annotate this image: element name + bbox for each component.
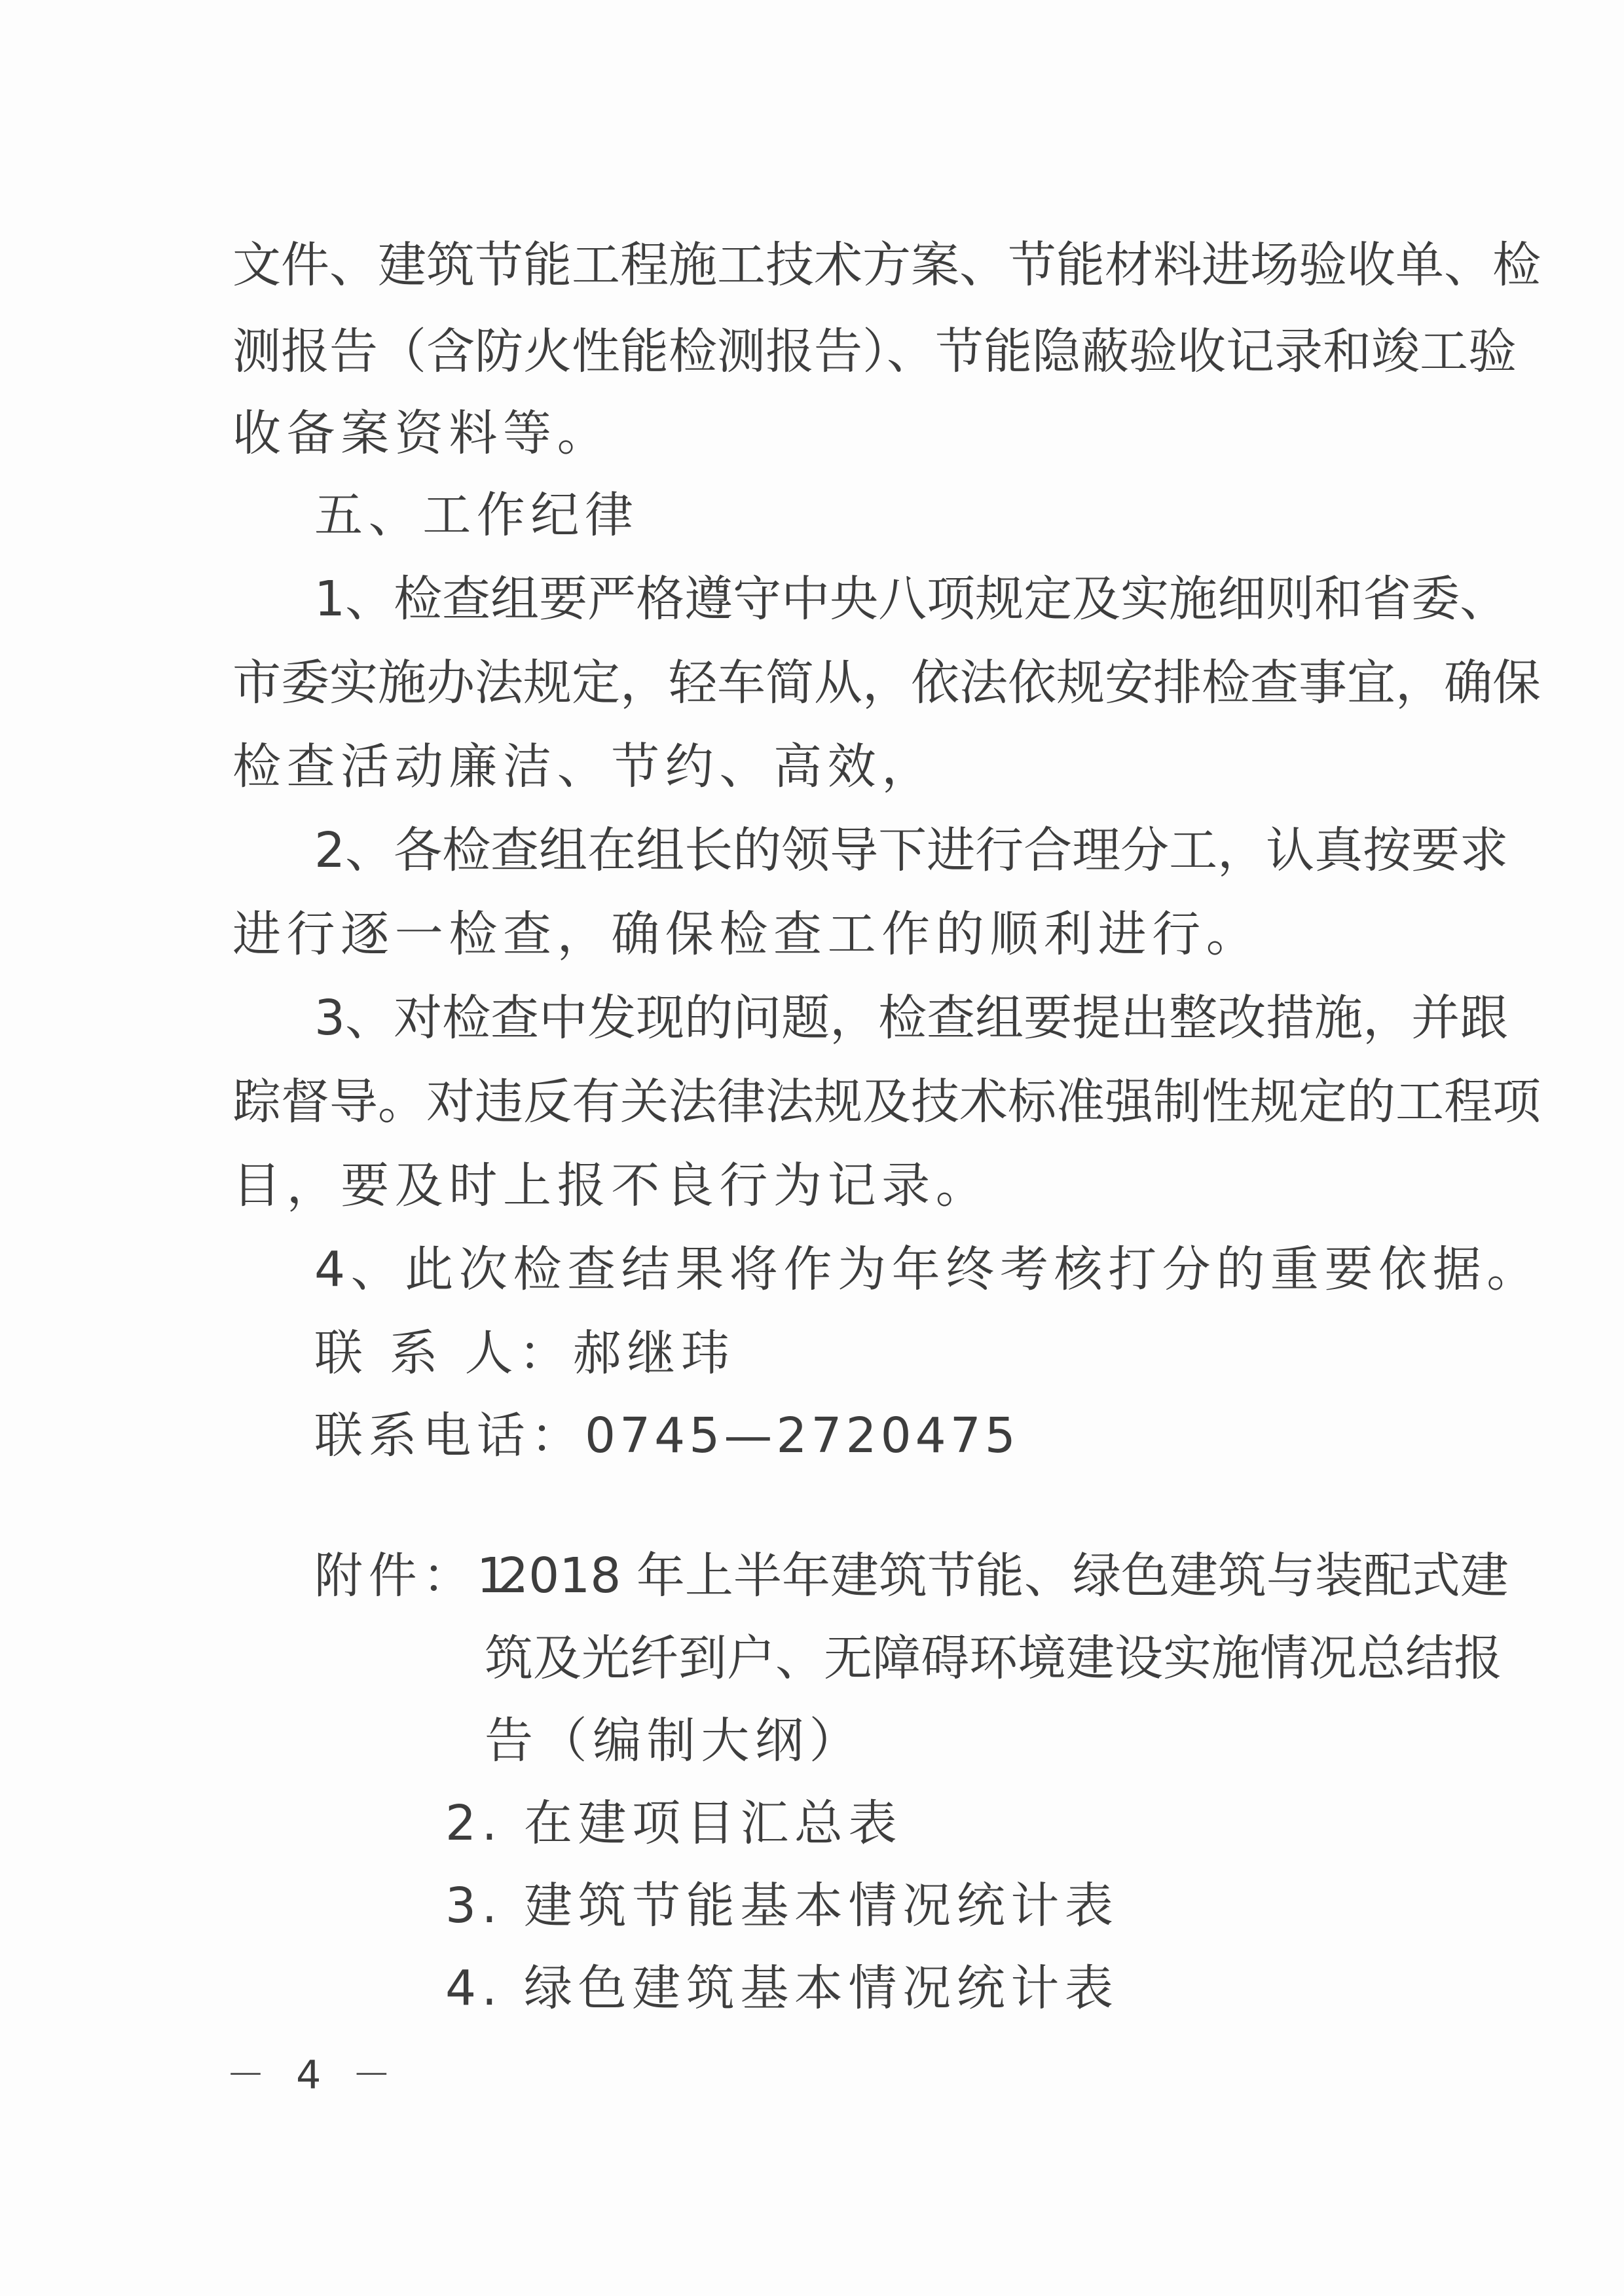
attachment-title: 绿色建筑基本情况统计表 (524, 1960, 1119, 2016)
paragraph-line: 收备案资料等。 (232, 404, 611, 463)
attachment-title: 在建项目汇总表 (524, 1795, 902, 1851)
contact-person-name: 郝继玮 (573, 1325, 735, 1381)
contact-person-label: 联 系 人： (314, 1325, 573, 1381)
list-item-3-line: 目，要及时上报不良行为记录。 (232, 1156, 989, 1215)
contact-person: 联 系 人：郝继玮 (314, 1324, 735, 1383)
list-item-4: 4、此次检查结果将作为年终考核打分的重要依据。 (314, 1240, 1541, 1299)
attachments-label: 附件： (314, 1548, 477, 1604)
attachment-item-1-line: 告（编制大纲） (485, 1711, 863, 1770)
attachment-item-1-line: 筑及光纤到户、无障碍环境建设实施情况总结报 (485, 1629, 1370, 1688)
paragraph-line: 文件、建筑节能工程施工技术方案、节能材料进场验收单、检 (232, 236, 1372, 295)
document-page: 文件、建筑节能工程施工技术方案、节能材料进场验收单、检 测报告（含防火性能检测报… (0, 0, 1624, 2296)
list-item-3-line: 踪督导。对违反有关法律法规及技术标准强制性规定的工程项 (232, 1072, 1372, 1131)
attachment-number: 3. (445, 1878, 503, 1934)
paragraph-line: 测报告（含防火性能检测报告）、节能隐蔽验收记录和竣工验 (232, 322, 1372, 381)
attachment-item-1-line: 2018 年上半年建筑节能、绿色建筑与装配式建 (498, 1546, 1370, 1605)
list-item-2-line: 进行逐一检查，确保检查工作的顺利进行。 (232, 905, 1260, 964)
attachment-item-2: 2. 在建项目汇总表 (445, 1794, 902, 1853)
contact-phone: 联系电话：0745—2720475 (314, 1406, 1020, 1465)
page-number: － 4 － (226, 2046, 400, 2105)
list-item-1-line: 市委实施办法规定，轻车简从，依法依规安排检查事宜，确保 (232, 653, 1372, 712)
attachment-item-3: 3. 建筑节能基本情况统计表 (445, 1876, 1119, 1935)
attachment-number: 4. (445, 1960, 503, 2016)
contact-phone-value: 0745—2720475 (585, 1408, 1020, 1464)
attachment-title: 建筑节能基本情况统计表 (524, 1878, 1119, 1934)
list-item-2-line: 2、各检查组在组长的领导下进行合理分工，认真按要求 (314, 821, 1372, 880)
list-item-3-line: 3、对检查中发现的问题，检查组要提出整改措施，并跟 (314, 989, 1372, 1048)
section-heading: 五、工作纪律 (314, 486, 639, 545)
attachment-item-4: 4. 绿色建筑基本情况统计表 (445, 1959, 1119, 2018)
list-item-1-line: 1、检查组要严格遵守中央八项规定及实施细则和省委、 (314, 570, 1372, 629)
list-item-1-line: 检查活动廉洁、节约、高效， (232, 737, 936, 796)
contact-phone-label: 联系电话： (314, 1408, 585, 1464)
attachment-number: 2. (445, 1795, 503, 1851)
